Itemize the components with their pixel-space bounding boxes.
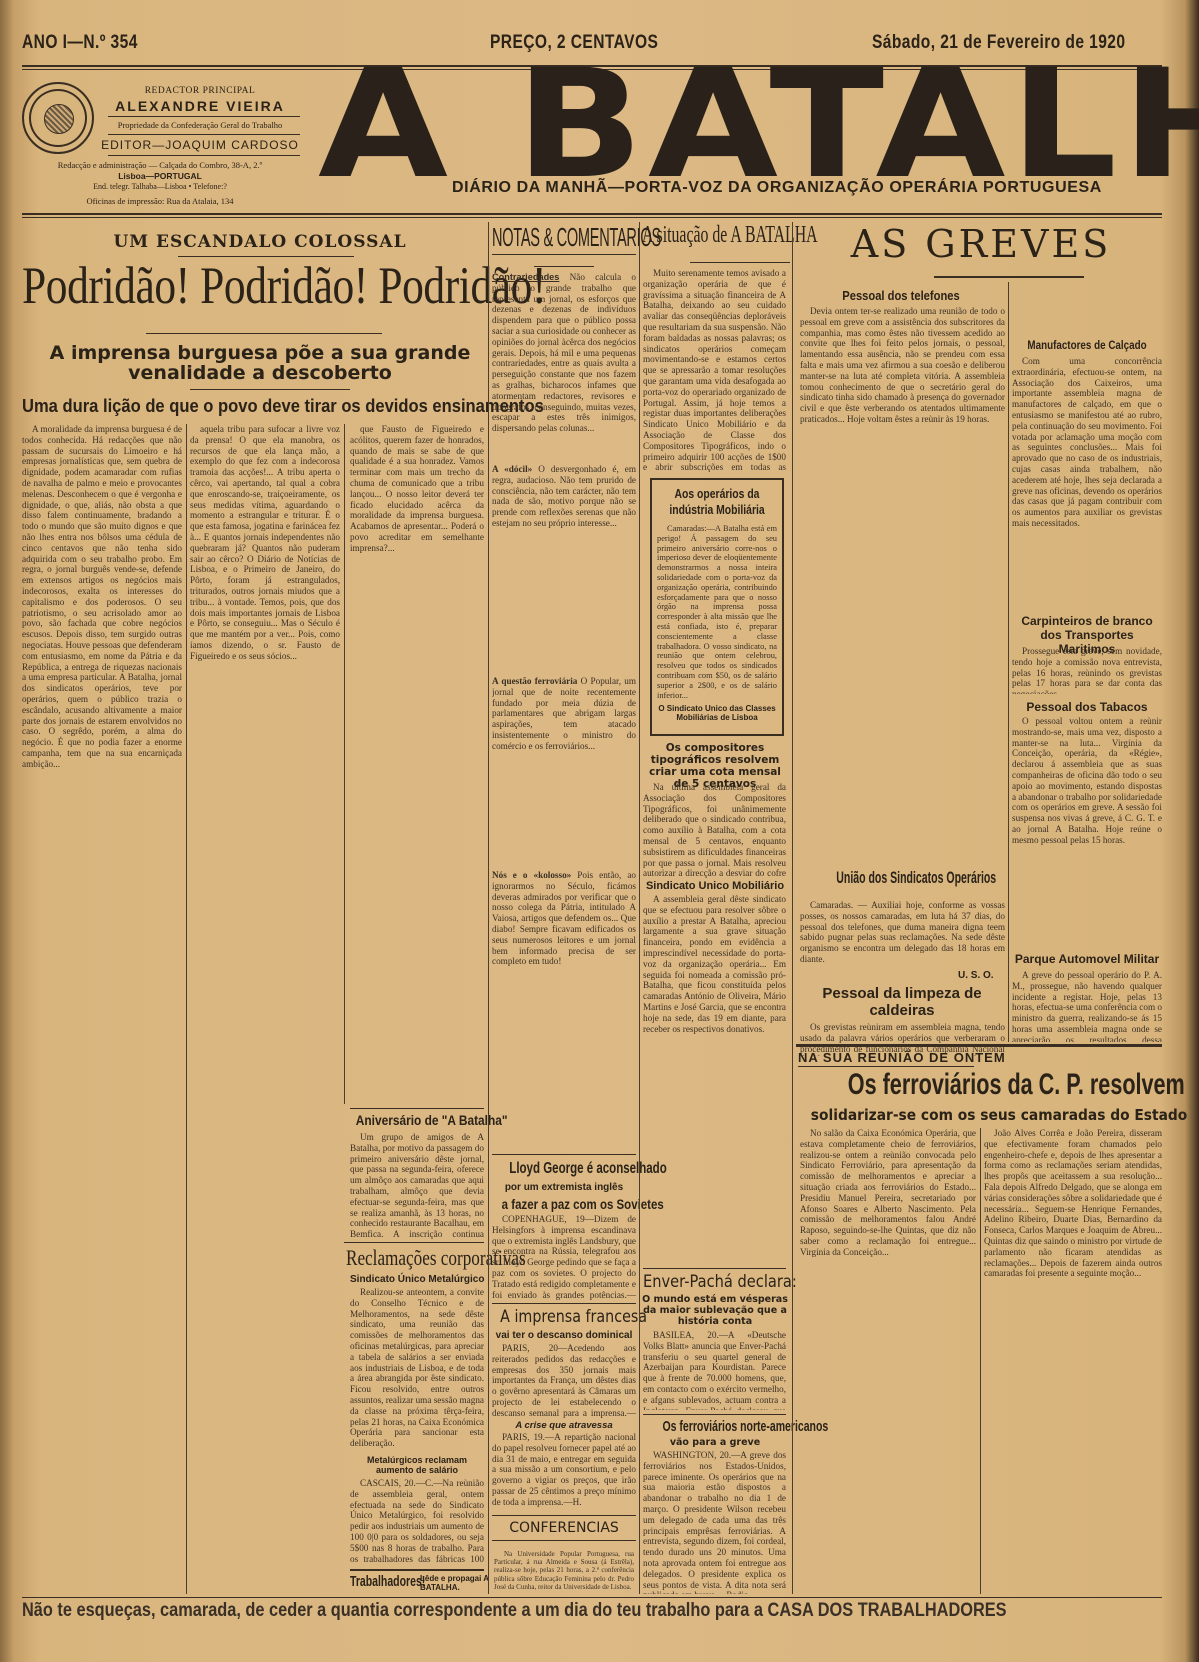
situacao-text: Muito serenamente temos avisado a organi… [643,268,786,472]
article-text: BASILEA, 20.—A «Deutsche Volks Blatt» an… [643,1330,786,1410]
limpeza-title: Pessoal da limpeza de caldeiras [796,985,1008,1019]
article-text: O pessoal voltou ontem a reùnir mostrand… [1012,716,1162,846]
reclamacoes-text1: Realizou-se anteontem, a convite do Cons… [350,1287,484,1453]
reclamacoes-text2: CASCAIS, 20.—C.—Na reùnião de assembleia… [350,1478,484,1564]
item-title: Nós e o «kolosso» [492,870,571,880]
norte-americanos-title: Os ferroviários norte-americanos [663,1418,768,1435]
article-text: João Alves Corrêa e João Pereira, disser… [984,1128,1162,1279]
imprensa-francesa-sub: vai ter o descanso dominical [488,1330,640,1341]
reclamacoes-sub1: Sindicato Único Metalúrgico [350,1274,484,1285]
mobiliaria-box-signature: O Sindicato Unico das Classes Mobiliária… [655,704,779,722]
promo-read-spread: Lêde e propagai A BATALHA. [420,1574,490,1592]
lead-column-2: aquela tribu para sufocar a livre voz da… [190,424,340,1594]
article-text: PARIS, 19.—A repartição nacional do pape… [492,1432,636,1508]
masthead-bottom-rule [22,213,1162,215]
divider [344,1242,484,1243]
item-title: Contrariedades [492,272,559,282]
lead-subdeck: Uma dura lição de que o povo deve tirar … [22,396,544,417]
enver-sub: O mundo está em vésperas da maior sublev… [642,1294,788,1327]
divider [643,1414,786,1415]
divider [934,276,1084,278]
cgt-seal-icon [22,82,94,154]
divider [108,155,300,156]
article-text: A greve do pessoal operário do P. A. M.,… [1012,970,1162,1042]
city-line: Lisboa—PORTUGAL [20,171,300,181]
norte-americanos-sub: vão para a greve [640,1437,790,1448]
divider [492,1540,636,1541]
uso-signature: U. S. O. [958,970,994,981]
mobiliaria-box-text: Camaradas:—A Batalha está em perigo! Á p… [657,524,777,700]
printing-line: Oficinas de impressão: Rua da Atalaia, 1… [20,196,300,206]
column-rule [1008,282,1009,1042]
column-rule [344,424,345,1104]
article-text: COPENHAGUE, 19—Dizem de Helsingfors à im… [492,1214,636,1300]
footer-rule [22,1597,1162,1598]
item-title: A «dócil» [492,464,532,474]
column-rule [639,222,640,1594]
newspaper-subtitle: DIÁRIO DA MANHÃ—PORTA-VOZ DA ORGANIZAÇÃO… [452,179,1102,197]
article-text: Na última assembleia geral da Associação… [643,782,786,878]
lloyd-title: Lloyd George é aconselhado [509,1160,618,1178]
article-text: Com uma concorrência extraordinária, efe… [1012,356,1162,529]
divider [492,254,636,255]
divider [643,1268,786,1269]
conferencias-title: CONFERENCIAS [488,1520,640,1536]
notas-item-docil: A «dócil» O desvergonhado é, em regra, a… [492,464,636,674]
article-text: Camaradas. — Auxiliai hoje, conforme as … [800,900,1005,965]
tabacos-text: O pessoal voltou ontem a reùnir mostrand… [1012,716,1162,942]
address-line: Redacção e administração — Calçada do Co… [20,160,300,170]
divider [350,1569,484,1571]
compositores-text: Na última assembleia geral da Associação… [643,782,786,878]
divider [492,1303,636,1304]
divider [690,262,790,263]
lloyd-sub1: por um extremista inglês [488,1182,640,1193]
editor-line: EDITOR—JOAQUIM CARDOSO [100,138,300,152]
uniao-text: Camaradas. — Auxiliai hoje, conforme as … [800,900,1005,968]
calcado-title: Manufactores de Calçado [1026,338,1149,352]
ferroviarios-kicker: NA SUA REUNIÃO DE ONTEM [798,1050,1006,1065]
article-text: Pois então, ao ignorarmos no Século, fic… [492,870,636,966]
article-text: Um grupo de amigos de A Batalha, por mot… [350,1132,484,1240]
telegraph-line: End. telegr. Talhaba—Lisboa • Telefone:? [20,182,300,191]
divider [146,333,382,334]
article-text: Na Universidade Popular Portuguesa, rua … [494,1550,634,1591]
aniversario-title: Aniversário de "A Batalha" [356,1112,478,1128]
lloyd-text: COPENHAGUE, 19—Dizem de Helsingfors à im… [492,1214,636,1300]
telefones-title: Pessoal dos telefones [811,288,992,303]
imprensa-francesa-title: A imprensa francesa [500,1307,628,1327]
enver-text: BASILEA, 20.—A «Deutsche Volks Blatt» an… [643,1330,786,1410]
item-title: A questão ferroviária [492,676,577,686]
divider [796,1044,1162,1047]
mobiliaria-appeal-box: Aos operários da indústria Mobiliária Ca… [650,478,784,736]
column-rule [792,222,793,1594]
lead-column-3: que Fausto de Figueiredo e acólitos, que… [350,424,484,1104]
article-text: A assembleia geral dêste sindicato que s… [643,894,786,1034]
notas-header: NOTAS & COMENTARIOS [492,222,661,253]
property-line: Propriedade da Confederação Geral do Tra… [100,120,300,130]
divider [798,1066,974,1067]
redactor-label: REDACTOR PRINCIPAL [100,86,300,96]
ferroviarios-deck: solidarizar-se com os seus camaradas do … [811,1106,1151,1124]
automovel-title: Parque Automovel Militar [1012,952,1162,966]
lead-column-1: A moralidade da imprensa burguesa é de t… [22,424,182,1594]
article-text: Realizou-se anteontem, a convite do Cons… [350,1287,484,1449]
notas-item-kolosso: Nós e o «kolosso» Pois então, ao ignorar… [492,870,636,1146]
mobiliario-title: Sindicato Unico Mobiliário [642,880,788,892]
notas-item-ferroviaria: A questão ferroviária O Popular, um jorn… [492,676,636,868]
article-text: Devia ontem ter-se realizado uma reunião… [800,306,1005,425]
lead-kicker: UM ESCANDALO COLOSSAL [40,232,480,252]
article-text: A moralidade da imprensa burguesa é de t… [22,424,182,770]
divider [534,266,594,267]
article-text: No salão da Caixa Económica Operária, qu… [800,1128,976,1258]
divider [492,1515,636,1516]
column-rule [980,1128,981,1594]
crise-sub: A crise que atravessa [488,1420,640,1431]
article-text: WASHINGTON, 20.—A greve dos ferroviários… [643,1450,786,1594]
article-text: CASCAIS, 20.—C.—Na reùnião de assembleia… [350,1478,484,1564]
lloyd-sub2: a fazer a paz com os Sovietes [502,1196,627,1212]
enver-title: Enver-Pachá declara: [643,1272,797,1292]
crise-text: PARIS, 19.—A repartição nacional do pape… [492,1432,636,1514]
reclamacoes-sub2: Metalúrgicos reclamam aumento de salário [350,1455,484,1475]
article-text: Camaradas:—A Batalha está em perigo! Á p… [657,524,777,700]
mobiliario-text: A assembleia geral dêste sindicato que s… [643,894,786,1256]
aniversario-text: Um grupo de amigos de A Batalha, por mot… [350,1132,484,1240]
ferroviarios-col1: No salão da Caixa Económica Operária, qu… [800,1128,976,1594]
divider [190,389,350,390]
lead-headline: Podridão! Podridão! Podridão! [22,256,546,316]
tabacos-title: Pessoal dos Tabacos [1012,700,1162,714]
promo-workers: Trabalhadores! [350,1573,425,1590]
divider [108,116,300,117]
ferroviarios-headline: Os ferroviários da C. P. resolvem [848,1068,1114,1102]
masthead-bottom-rule-thin [22,217,1162,218]
divider [108,134,300,135]
article-text: que Fausto de Figueiredo e acólitos, que… [350,424,484,554]
article-text: Muito serenamente temos avisado a organi… [643,268,786,472]
newspaper-page: ANO I—N.º 354 PREÇO, 2 CENTAVOS Sábado, … [0,0,1199,1662]
automovel-text: A greve do pessoal operário do P. A. M.,… [1012,970,1162,1042]
notas-item-contrariedades: Contrariedades Não calcula o público o g… [492,272,636,462]
divider [350,1108,484,1109]
article-text: Não calcula o público o grande trabalho … [492,272,636,433]
imprensa-francesa-text: PARIS, 20—Acedendo aos reiterados pedido… [492,1343,636,1419]
calcado-text: Com uma concorrência extraordinária, efe… [1012,356,1162,576]
article-text: O Popular, um jornal que de noite recent… [492,676,636,751]
carpinteiros-text: Prossegue esta greve, sem novidade, tend… [1012,646,1162,694]
column-rule [186,424,187,1594]
footer-banner: Não te esqueças, camarada, de ceder a qu… [22,1600,1007,1622]
norte-americanos-text: WASHINGTON, 20.—A greve dos ferroviários… [643,1450,786,1594]
article-text: aquela tribu para sufocar a livre voz da… [190,424,340,662]
telefones-text: Devia ontem ter-se realizado uma reunião… [800,306,1005,858]
redactor-name: ALEXANDRE VIEIRA [100,98,300,114]
newspaper-title: A BATALHA [318,50,1199,200]
issue-number: ANO I—N.º 354 [22,32,138,54]
lead-deck: A imprensa burguesa põe a sua grande ven… [40,343,480,383]
divider [492,1154,636,1155]
column-rule [488,222,489,1594]
article-text: PARIS, 20—Acedendo aos reiterados pedido… [492,1343,636,1419]
article-text: Prossegue esta greve, sem novidade, tend… [1012,646,1162,694]
mobiliaria-box-title: Aos operários da indústria Mobiliária [665,486,769,518]
ferroviarios-col2: João Alves Corrêa e João Pereira, disser… [984,1128,1162,1594]
greves-header: AS GREVES [796,222,1166,266]
uniao-title: União dos Sindicatos Operários [836,868,967,888]
conferencias-text: Na Universidade Popular Portuguesa, rua … [494,1550,634,1594]
